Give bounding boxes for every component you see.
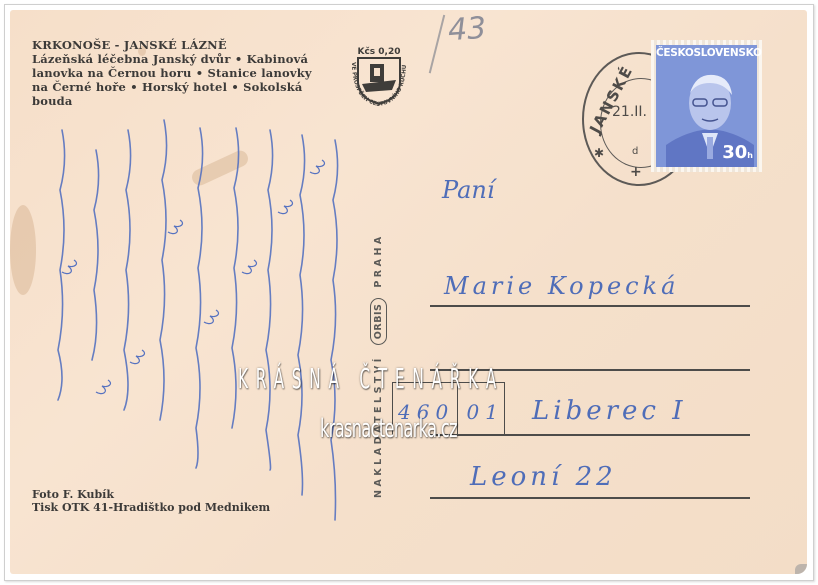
postcard-credits: Foto F. Kubík Tisk OTK 41-Hradištko pod …: [32, 488, 270, 514]
watermark-url: krasnactenarka.cz: [320, 414, 457, 444]
watermark-title: KRÁSNÁ ČTENÁŘKA: [238, 362, 504, 395]
print-credit: Tisk OTK 41-Hradištko pod Mednikem: [32, 501, 270, 514]
photo-credit: Foto F. Kubík: [32, 488, 270, 501]
